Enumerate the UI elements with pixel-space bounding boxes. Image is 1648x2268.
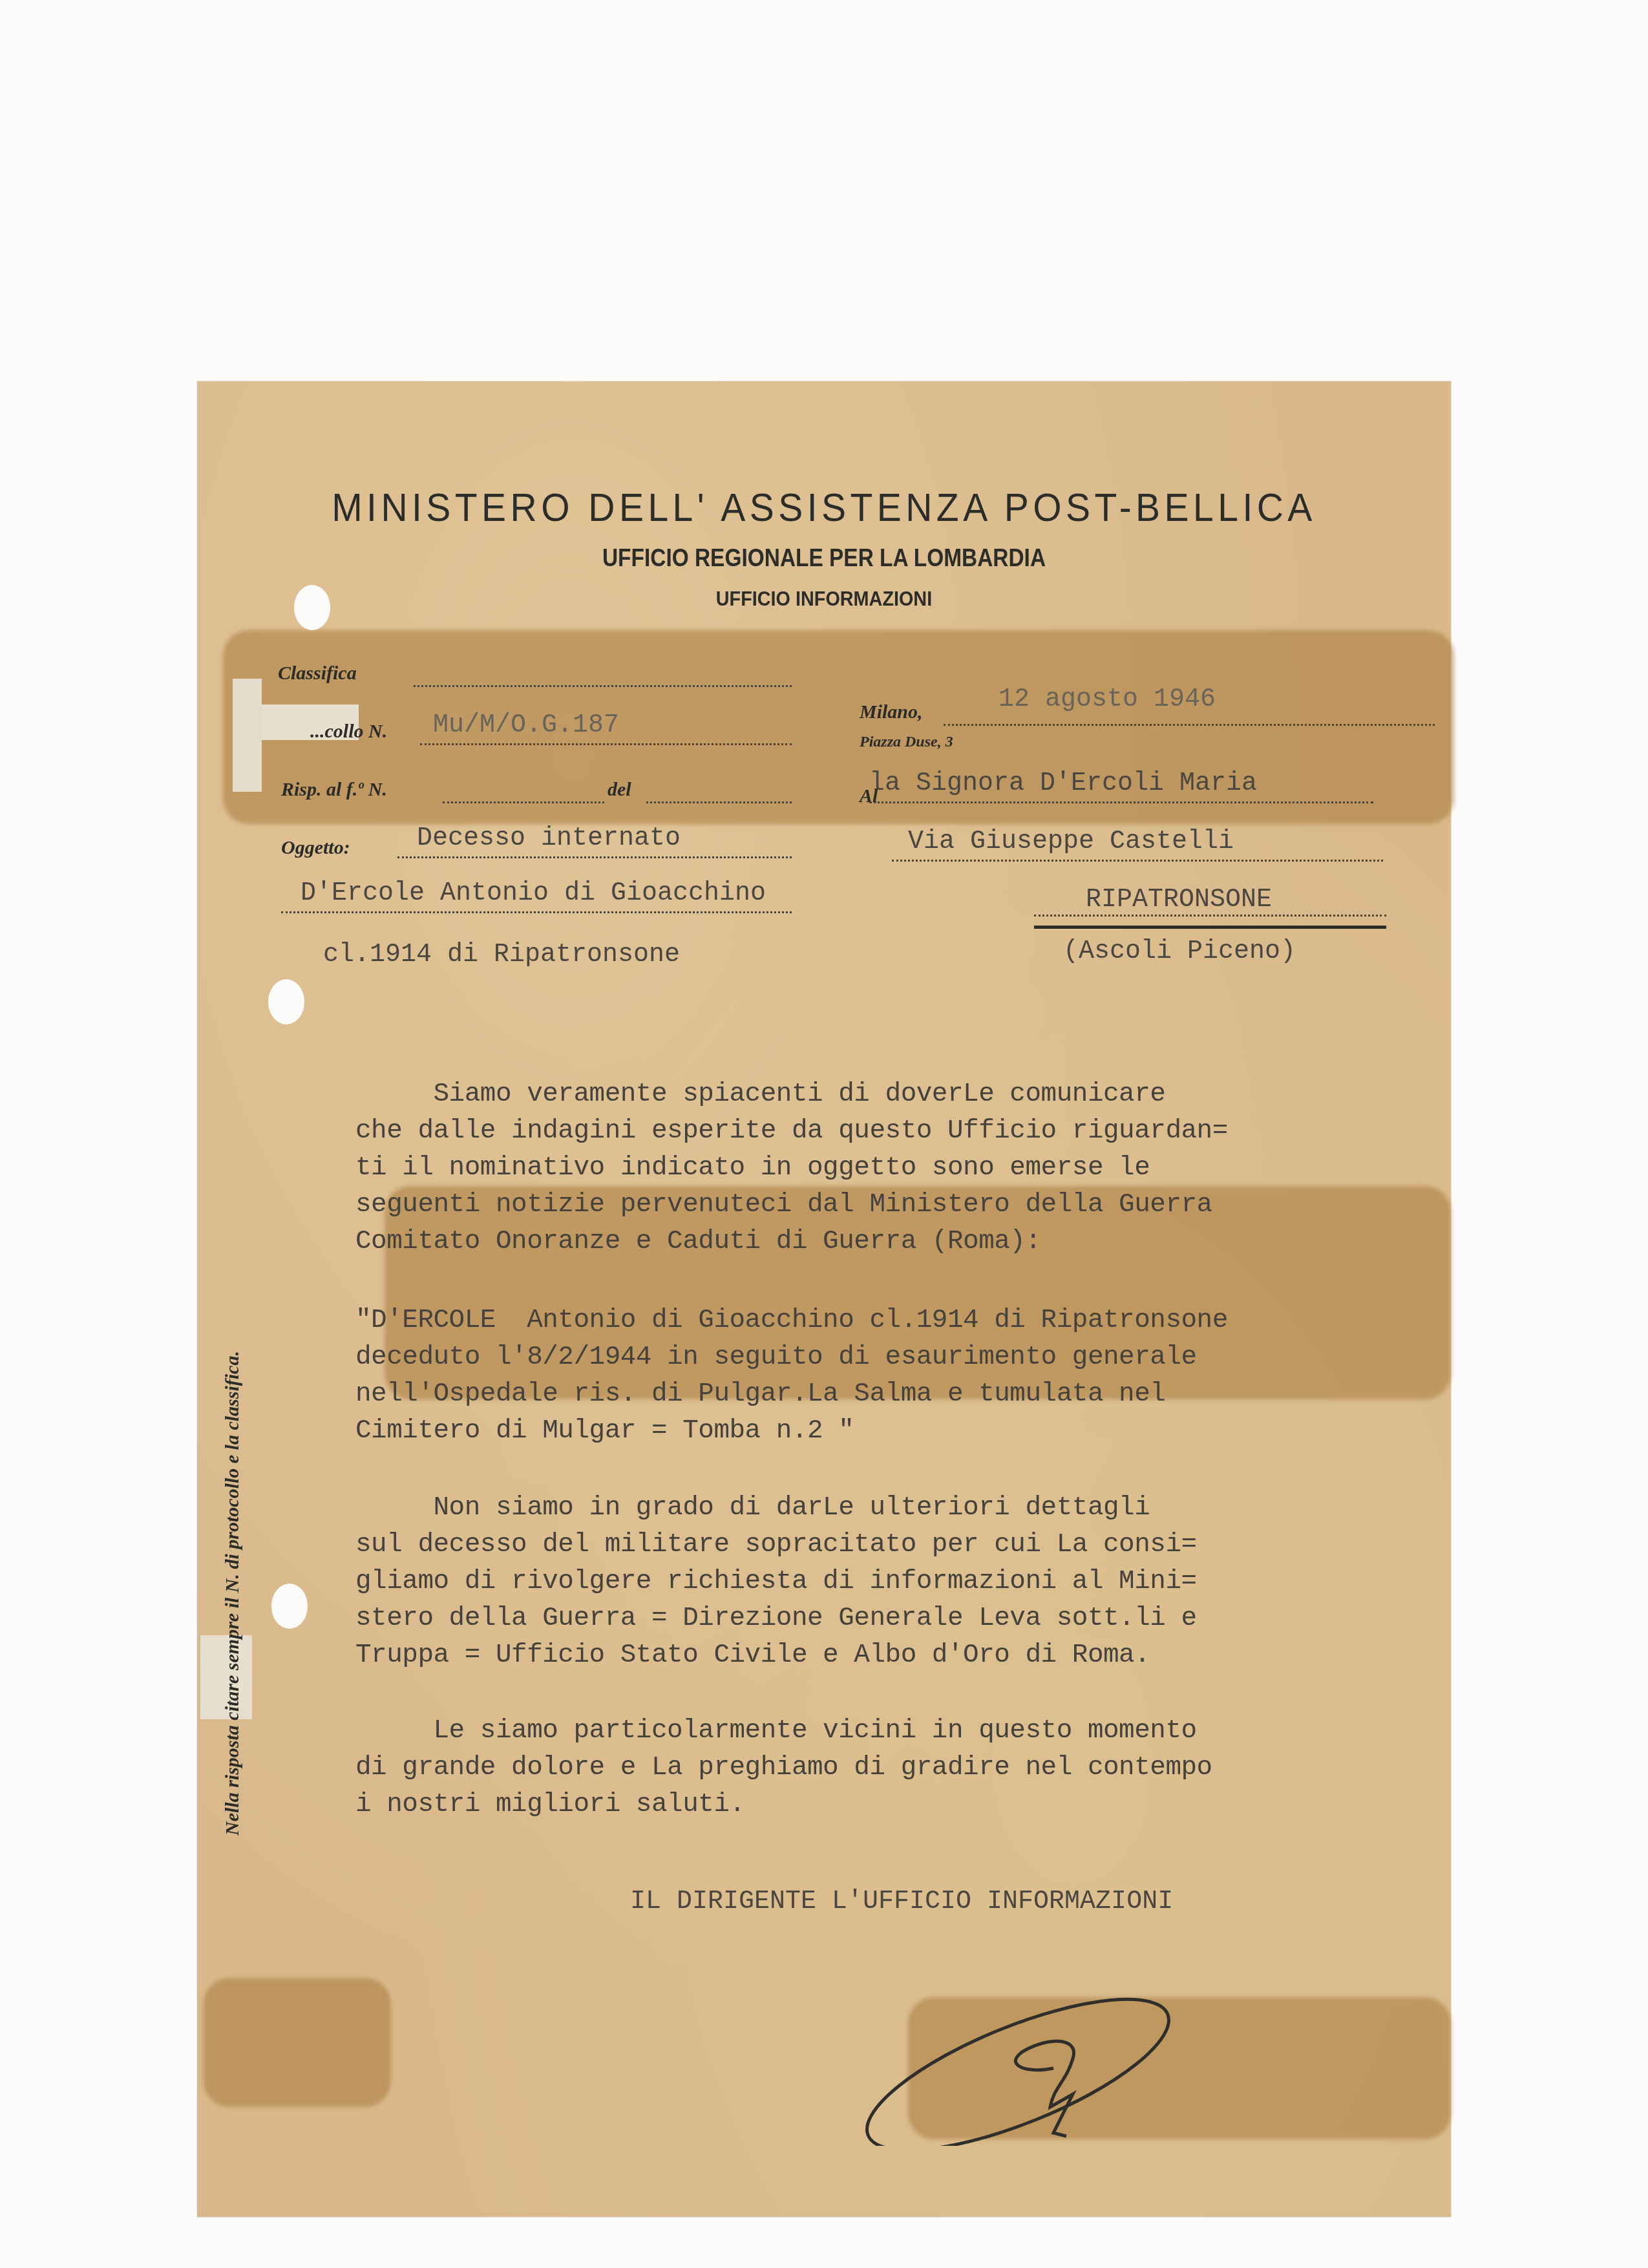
body-line: Non siamo in grado di darLe ulteriori de…: [355, 1493, 1150, 1523]
margin-instruction: Nella risposta citare sempre il N. di pr…: [222, 1351, 244, 1836]
tape-remnant: [233, 679, 262, 792]
protocollo-label: ...collo N.: [310, 721, 387, 743]
protocollo-field: [420, 743, 792, 745]
classifica-field: [414, 685, 792, 687]
del-field: [646, 801, 792, 803]
body-line: deceduto l'8/2/1944 in seguito di esauri…: [355, 1342, 1197, 1372]
body-line: gliamo di rivolgere richiesta di informa…: [355, 1567, 1197, 1596]
body-line: Siamo veramente spiacenti di doverLe com…: [355, 1079, 1165, 1109]
department: UFFICIO INFORMAZIONI: [260, 587, 1388, 611]
address-label: Piazza Duse, 3: [860, 734, 953, 751]
oggetto-label: Oggetto:: [281, 837, 350, 859]
letterhead: MINISTERO DELL' ASSISTENZA POST-BELLICA …: [197, 485, 1451, 611]
recipient-line: Via Giuseppe Castelli: [908, 827, 1234, 856]
oggetto-line: Decesso internato: [417, 824, 681, 853]
oggetto-line: D'Ercole Antonio di Gioacchino: [301, 879, 766, 908]
body-line: "D'ERCOLE Antonio di Gioacchino cl.1914 …: [355, 1306, 1228, 1335]
classifica-label: Classifica: [278, 662, 357, 684]
recipient-line: (Ascoli Piceno): [1063, 937, 1296, 966]
water-stain: [223, 630, 1454, 824]
date-value: 12 agosto 1946: [998, 685, 1216, 714]
body-line: nell'Ospedale ris. di Pulgar.La Salma e …: [355, 1379, 1165, 1409]
punch-hole: [271, 1584, 308, 1629]
water-stain: [204, 1978, 391, 2107]
recipient-field: [869, 801, 1373, 803]
body-line: i nostri migliori saluti.: [355, 1790, 745, 1819]
body-line: Truppa = Ufficio Stato Civile e Albo d'O…: [355, 1640, 1150, 1670]
separator-rule: [1034, 926, 1386, 929]
recipient-field: [1034, 915, 1386, 917]
body-line: sul decesso del militare sopracitato per…: [355, 1530, 1197, 1560]
place-label: Milano,: [860, 701, 923, 723]
del-label: del: [607, 779, 631, 801]
protocollo-value: Mu/M/O.G.187: [433, 711, 619, 740]
punch-hole: [268, 979, 304, 1024]
body-line: seguenti notizie pervenuteci dal Ministe…: [355, 1190, 1212, 1220]
regional-office: UFFICIO REGIONALE PER LA LOMBARDIA: [272, 545, 1375, 573]
recipient-field: [892, 860, 1383, 862]
body-line: Cimitero di Mulgar = Tomba n.2 ": [355, 1416, 854, 1446]
risp-field: [443, 801, 604, 803]
letter-page: MINISTERO DELL' ASSISTENZA POST-BELLICA …: [197, 381, 1451, 2217]
body-line: Comitato Onoranze e Caduti di Guerra (Ro…: [355, 1227, 1041, 1256]
recipient-line: la Signora D'Ercoli Maria: [869, 769, 1257, 798]
oggetto-field: [397, 856, 792, 858]
date-field: [944, 724, 1435, 726]
recipient-line: RIPATRONSONE: [1086, 885, 1272, 915]
signatory-title: IL DIRIGENTE L'UFFICIO INFORMAZIONI: [630, 1887, 1173, 1916]
body-line: di grande dolore e La preghiamo di gradi…: [355, 1753, 1212, 1783]
risp-label: Risp. al f.º N.: [281, 779, 387, 801]
body-line: stero della Guerra = Direzione Generale …: [355, 1604, 1197, 1633]
ministry-title: MINISTERO DELL' ASSISTENZA POST-BELLICA: [248, 485, 1401, 531]
oggetto-line: cl.1914 di Ripatronsone: [323, 940, 680, 970]
handwritten-signature: [860, 1978, 1196, 2146]
body-line: che dalle indagini esperite da questo Uf…: [355, 1116, 1228, 1146]
body-line: ti il nominativo indicato in oggetto son…: [355, 1153, 1150, 1183]
body-line: Le siamo particolarmente vicini in quest…: [355, 1716, 1197, 1746]
oggetto-field: [281, 911, 792, 913]
